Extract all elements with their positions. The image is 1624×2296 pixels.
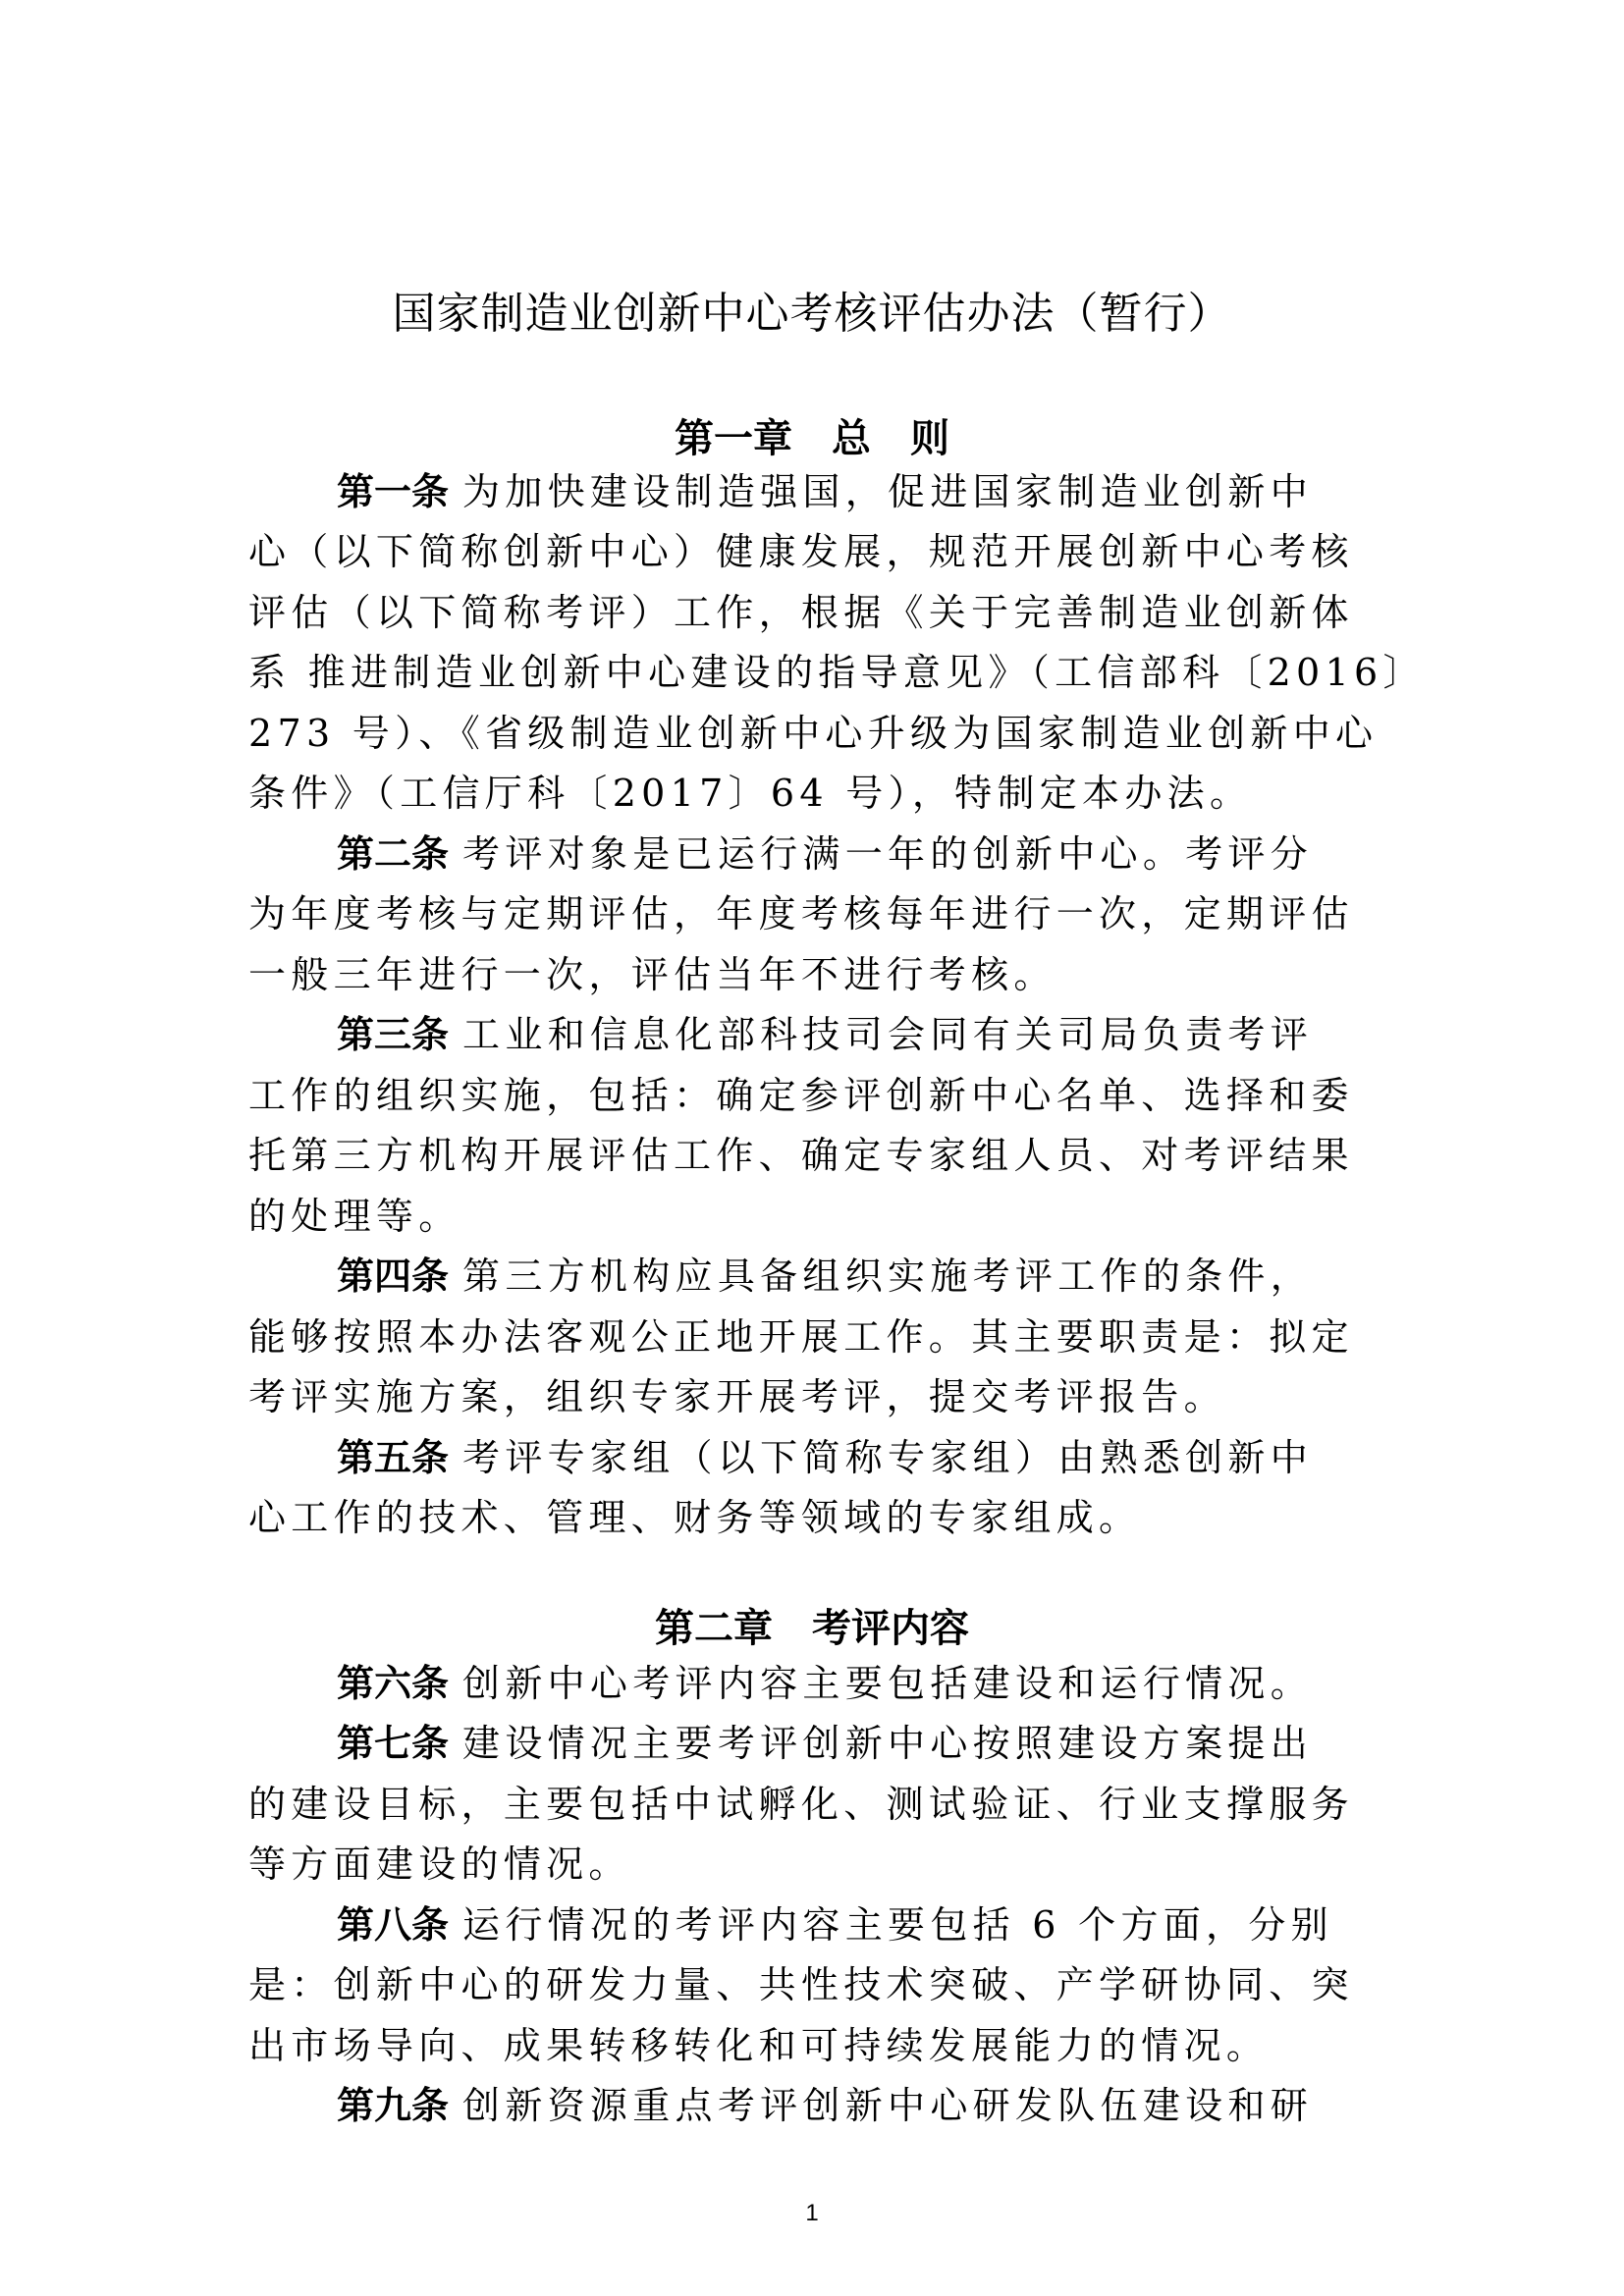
body-line: 273 号）、《省级制造业创新中心升级为国家制造业创新中心	[248, 709, 1378, 758]
body-line: 心（以下简称创新中心）健康发展，规范开展创新中心考核	[248, 527, 1378, 576]
body-line: 为年度考核与定期评估，年度考核每年进行一次，定期评估	[248, 889, 1378, 938]
article-text: 运行情况的考评内容主要包括 6 个方面，分别	[462, 1903, 1333, 1947]
body-line: 能够按照本办法客观公正地开展工作。其主要职责是：拟定	[248, 1312, 1378, 1362]
article-5-line: 第五条考评专家组（以下简称专家组）由熟悉创新中	[337, 1433, 1466, 1482]
article-label: 第二条	[337, 832, 449, 876]
body-line: 工作的组织实施，包括：确定参评创新中心名单、选择和委	[248, 1071, 1378, 1120]
chapter-heading-1: 第一章 总 则	[0, 414, 1624, 463]
body-line: 考评实施方案，组织专家开展考评，提交考评报告。	[248, 1372, 1378, 1421]
body-line: 托第三方机构开展评估工作、确定专家组人员、对考评结果	[248, 1131, 1378, 1180]
article-4-line: 第四条第三方机构应具备组织实施考评工作的条件，	[337, 1252, 1466, 1301]
body-line: 一般三年进行一次，评估当年不进行考核。	[248, 950, 1378, 999]
article-label: 第三条	[337, 1013, 449, 1056]
article-text: 为加快建设制造强国，促进国家制造业创新中	[462, 470, 1313, 513]
article-7-line: 第七条建设情况主要考评创新中心按照建设方案提出	[337, 1719, 1466, 1768]
article-9-line: 第九条创新资源重点考评创新中心研发队伍建设和研	[337, 2081, 1466, 2130]
article-2-line: 第二条考评对象是已运行满一年的创新中心。考评分	[337, 829, 1466, 879]
article-text: 工业和信息化部科技司会同有关司局负责考评	[462, 1013, 1313, 1056]
article-text: 考评对象是已运行满一年的创新中心。考评分	[462, 832, 1313, 876]
body-line: 条件》（工信厅科〔2017〕64 号），特制定本办法。	[248, 769, 1378, 818]
article-label: 第五条	[337, 1436, 449, 1479]
article-label: 第六条	[337, 1662, 449, 1705]
article-text: 第三方机构应具备组织实施考评工作的条件，	[462, 1255, 1313, 1298]
article-label: 第一条	[337, 470, 449, 513]
body-line: 是：创新中心的研发力量、共性技术突破、产学研协同、突	[248, 1960, 1378, 2009]
article-text: 建设情况主要考评创新中心按照建设方案提出	[462, 1722, 1313, 1765]
body-line: 出市场导向、成果转移转化和可持续发展能力的情况。	[248, 2021, 1378, 2070]
article-label: 第八条	[337, 1903, 449, 1947]
body-line: 心工作的技术、管理、财务等领域的专家组成。	[248, 1493, 1378, 1542]
article-6-line: 第六条创新中心考评内容主要包括建设和运行情况。	[337, 1659, 1466, 1708]
body-line: 等方面建设的情况。	[248, 1840, 1378, 1889]
article-text: 创新资源重点考评创新中心研发队伍建设和研	[462, 2084, 1313, 2127]
document-page: 国家制造业创新中心考核评估办法（暂行） 第一章 总 则 第一条为加快建设制造强国…	[0, 0, 1624, 2296]
body-line: 的处理等。	[248, 1192, 1378, 1241]
chapter-heading-2: 第二章 考评内容	[0, 1604, 1624, 1653]
article-label: 第四条	[337, 1255, 449, 1298]
page-number: 1	[0, 2199, 1624, 2228]
article-3-line: 第三条工业和信息化部科技司会同有关司局负责考评	[337, 1010, 1466, 1059]
article-text: 考评专家组（以下简称专家组）由熟悉创新中	[462, 1436, 1313, 1479]
article-label: 第七条	[337, 1722, 449, 1765]
article-label: 第九条	[337, 2084, 449, 2127]
body-line: 系 推进制造业创新中心建设的指导意见》（工信部科〔2016〕	[248, 648, 1378, 697]
body-line: 的建设目标，主要包括中试孵化、测试验证、行业支撑服务	[248, 1780, 1378, 1829]
article-8-line: 第八条运行情况的考评内容主要包括 6 个方面，分别	[337, 1900, 1466, 1949]
document-title: 国家制造业创新中心考核评估办法（暂行）	[0, 287, 1624, 342]
article-text: 创新中心考评内容主要包括建设和运行情况。	[462, 1662, 1313, 1705]
body-line: 评估（以下简称考评）工作，根据《关于完善制造业创新体	[248, 588, 1378, 637]
article-1-line: 第一条为加快建设制造强国，促进国家制造业创新中	[337, 467, 1466, 516]
